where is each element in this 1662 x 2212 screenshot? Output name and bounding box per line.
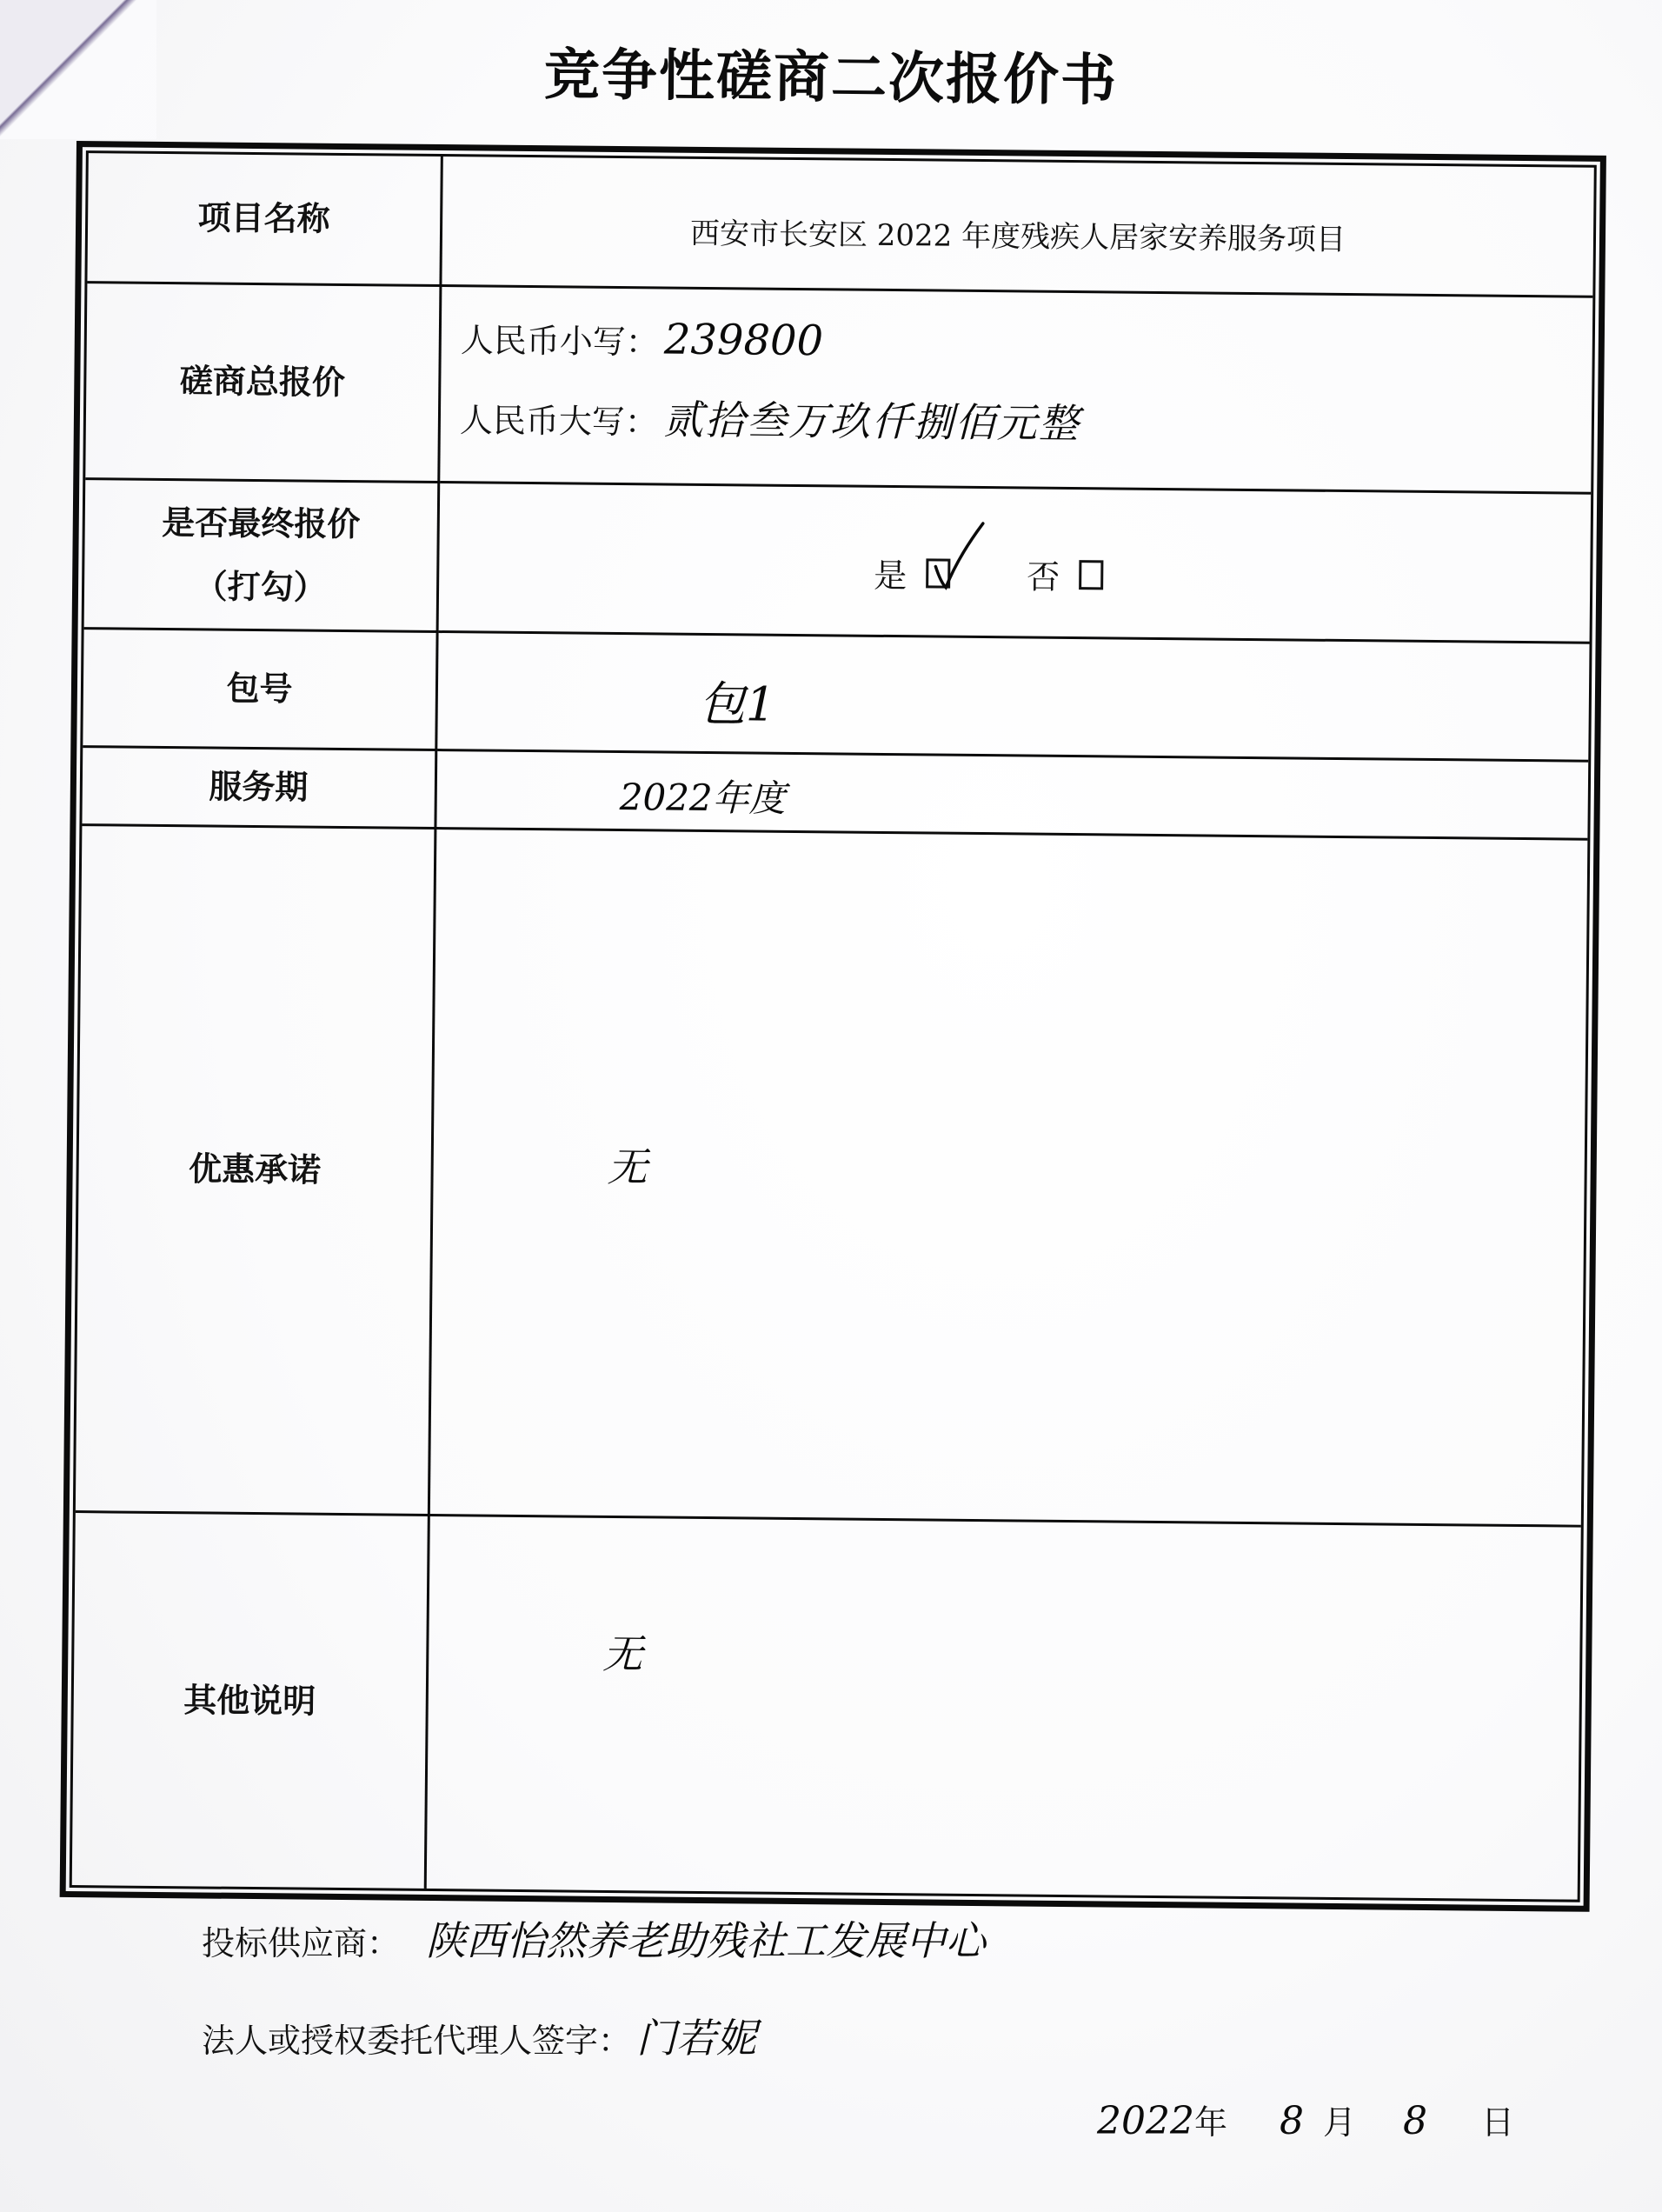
uppercase-amount-line: 人民币大写： 贰拾叁万玖仟捌佰元整 [460,386,1081,465]
signer-line: 法人或授权委托代理人签字： 门若妮 [202,2007,756,2064]
discount-cell: 无 [430,829,1588,1528]
service-period-cell: 2022年度 [436,751,1588,841]
package-cell: 包1 [437,633,1589,763]
final-quote-cell: 是 否 [439,483,1592,644]
final-quote-no-option[interactable]: 否 [1027,550,1104,599]
lowercase-amount-line: 人民币小写： 239800 [460,313,1081,392]
project-name-label: 项目名称 [87,153,442,287]
other-notes-cell: 无 [427,1516,1581,1900]
date-year[interactable]: 2022 [1097,2099,1194,2143]
service-period-value[interactable]: 2022年度 [620,769,786,823]
discount-value[interactable]: 无 [607,1136,648,1193]
no-checkbox[interactable] [1079,560,1103,590]
total-quote-label-text: 磋商总报价 [179,350,345,415]
month-unit: 月 [1323,2095,1356,2143]
supplier-label: 投标供应商： [202,1916,400,1964]
other-notes-value[interactable]: 无 [602,1622,643,1680]
final-quote-yes-option[interactable]: 是 [874,549,951,597]
signer-label: 法人或授权委托代理人签字： [202,2014,631,2062]
total-quote-label: 磋商总报价 [85,283,442,483]
project-name-value: 西安市长安区 2022 年度残疾人居家安养服务项目 [442,207,1593,261]
yes-label: 是 [874,549,907,596]
package-label: 包号 [83,630,438,751]
lowercase-amount-value[interactable]: 239800 [664,315,824,365]
day-unit: 日 [1481,2095,1514,2143]
project-name-cell: 西安市长安区 2022 年度残疾人居家安养服务项目 [442,157,1593,298]
other-notes-label: 其他说明 [72,1513,430,1889]
package-label-text: 包号 [226,657,293,721]
package-value[interactable]: 包1 [698,667,775,735]
project-name-label-text: 项目名称 [197,187,330,251]
final-quote-label-line1: 是否最终报价 [162,491,361,556]
discount-label-text: 优惠承诺 [189,1138,322,1203]
final-quote-label-line2: （打勾） [194,555,327,619]
year-unit: 年 [1194,2095,1227,2143]
date-month[interactable]: 8 [1280,2099,1304,2143]
service-period-label: 服务期 [82,748,437,829]
yes-checkbox[interactable] [926,558,950,588]
lowercase-amount-label: 人民币小写： [461,313,660,363]
uppercase-amount-label: 人民币大写： [460,393,659,443]
supplier-line: 投标供应商： 陕西怡然养老助残社工发展中心 [202,1909,986,1967]
uppercase-amount-value[interactable]: 贰拾叁万玖仟捌佰元整 [663,388,1081,450]
date-day[interactable]: 8 [1403,2099,1427,2143]
final-quote-label: 是否最终报价 （打勾） [84,480,441,633]
other-notes-label-text: 其他说明 [183,1669,316,1733]
quote-form-table: 项目名称 西安市长安区 2022 年度残疾人居家安养服务项目 磋商总报价 人民币… [60,141,1606,1912]
total-quote-cell: 人民币小写： 239800 人民币大写： 贰拾叁万玖仟捌佰元整 [440,287,1592,495]
date-line: 2022 年 8 月 8 日 [1097,2095,1514,2143]
discount-label: 优惠承诺 [76,826,437,1516]
no-label: 否 [1027,550,1060,598]
checkmark-icon [932,521,985,591]
supplier-value[interactable]: 陕西怡然养老助残社工发展中心 [426,1909,986,1967]
signature[interactable]: 门若妮 [636,2007,756,2064]
service-period-label-text: 服务期 [209,756,309,819]
